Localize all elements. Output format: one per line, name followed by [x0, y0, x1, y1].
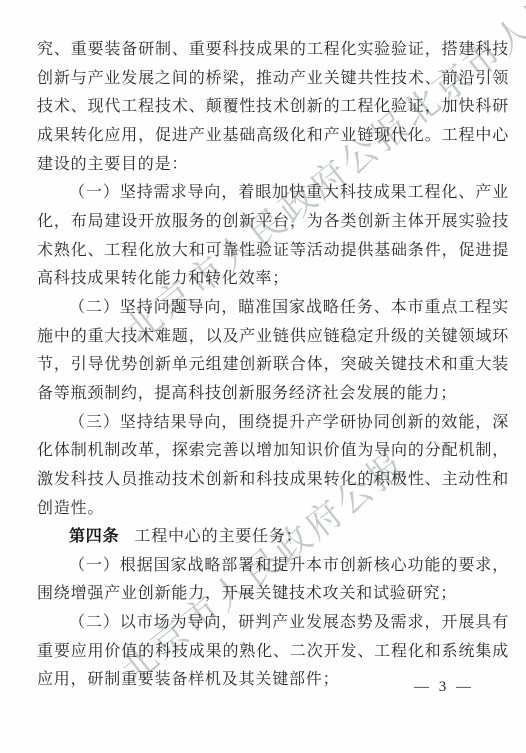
article-number: 第四条	[69, 528, 119, 545]
paragraph-article-heading: 第四条工程中心的主要任务：	[37, 523, 509, 552]
paragraph-task-1: （一）根据国家战略部署和提升本市创新核心功能的要求，围绕增强产业创新能力，开展关…	[37, 552, 509, 609]
article-title: 工程中心的主要任务：	[134, 528, 302, 545]
paragraph-continuation: 究、重要装备研制、重要科技成果的工程化实验验证，搭建科技创新与产业发展之间的桥梁…	[37, 36, 509, 179]
paragraph-item-3: （三）坚持结果导向，围绕提升产学研协同创新的效能，深化体制机制改革，探索完善以增…	[37, 409, 509, 524]
document-body: 究、重要装备研制、重要科技成果的工程化实验验证，搭建科技创新与产业发展之间的桥梁…	[37, 36, 509, 695]
page-number: — 3 —	[414, 679, 474, 696]
paragraph-item-2: （二）坚持问题导向，瞄准国家战略任务、本市重点工程实施中的重大技术难题，以及产业…	[37, 294, 509, 409]
paragraph-item-1: （一）坚持需求导向，着眼加快重大科技成果工程化、产业化，布局建设开放服务的创新平…	[37, 179, 509, 294]
document-page: 北京市人民政府公报北京市人民政府公报 北京市人民政府公报 究、重要装备研制、重要…	[0, 0, 526, 753]
